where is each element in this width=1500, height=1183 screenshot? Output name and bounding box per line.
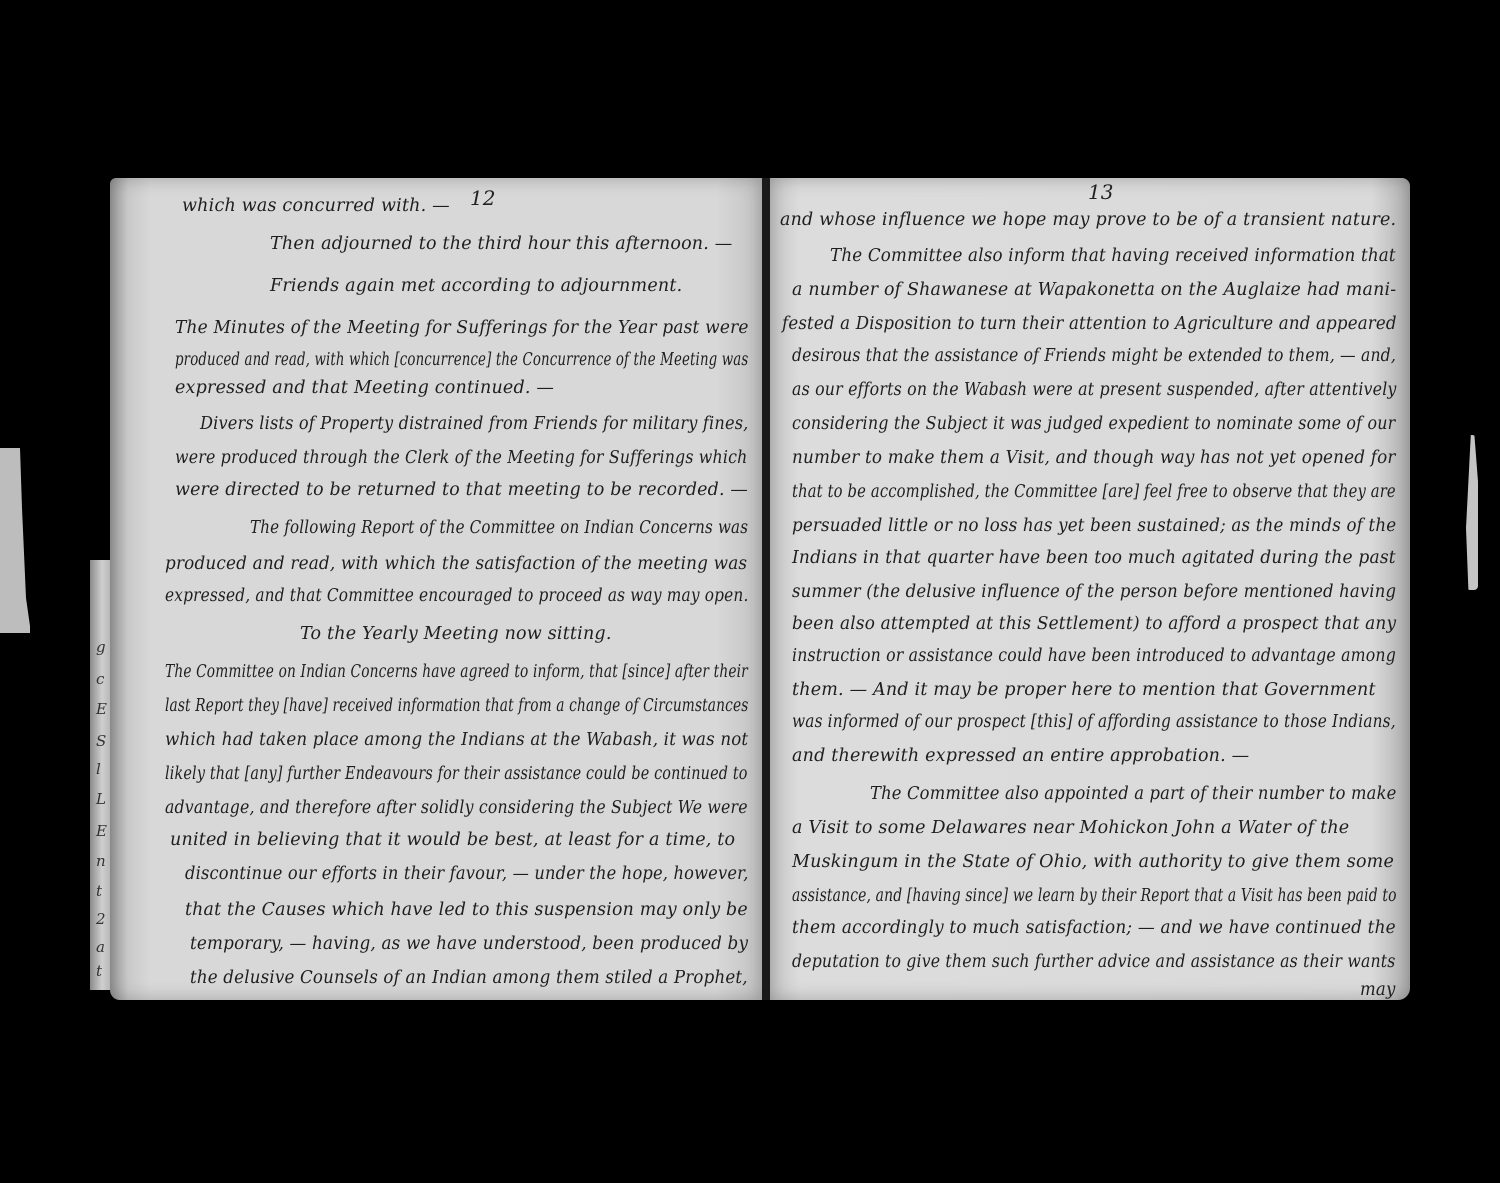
text-line: instruction or assistance could have bee… bbox=[792, 646, 1396, 666]
text-line: summer (the delusive influence of the pe… bbox=[792, 582, 1396, 602]
text-line: been also attempted at this Settlement) … bbox=[792, 614, 1396, 634]
page-number: 12 bbox=[470, 186, 495, 210]
right-page: 13 and whose influence we hope may prove… bbox=[770, 178, 1410, 1000]
paper-tab-right bbox=[1466, 435, 1478, 590]
text-line: that the Causes which have led to this s… bbox=[185, 900, 748, 920]
text-line: The Committee on Indian Concerns have ag… bbox=[165, 662, 748, 682]
text-line: and therewith expressed an entire approb… bbox=[792, 746, 1249, 766]
text-line: Divers lists of Property distrained from… bbox=[200, 414, 749, 434]
left-page: 12 which was concurred with. — Then adjo… bbox=[110, 178, 762, 1000]
margin-fragment: S bbox=[96, 732, 106, 750]
text-line: Indians in that quarter have been too mu… bbox=[792, 548, 1396, 568]
paper-scrap-left bbox=[0, 448, 30, 633]
text-line: that to be accomplished, the Committee [… bbox=[792, 482, 1396, 502]
text-line: advantage, and therefore after solidly c… bbox=[165, 798, 748, 818]
margin-fragment: a bbox=[96, 938, 105, 956]
text-line: deputation to give them such further adv… bbox=[792, 952, 1396, 972]
margin-fragment: t bbox=[96, 882, 102, 900]
text-line: them. — And it may be proper here to men… bbox=[792, 680, 1376, 700]
text-line: Muskingum in the State of Ohio, with aut… bbox=[792, 852, 1394, 872]
text-line: expressed, and that Committee encouraged… bbox=[165, 586, 749, 606]
text-line: The following Report of the Committee on… bbox=[250, 518, 748, 538]
text-line: The Minutes of the Meeting for Suffering… bbox=[175, 318, 749, 338]
text-line: united in believing that it would be bes… bbox=[170, 830, 735, 850]
text-line: a Visit to some Delawares near Mohickon … bbox=[792, 818, 1349, 838]
text-line: discontinue our efforts in their favour,… bbox=[185, 864, 749, 884]
text-line: fested a Disposition to turn their atten… bbox=[782, 314, 1397, 334]
open-book: 12 which was concurred with. — Then adjo… bbox=[110, 178, 1410, 1000]
text-line: assistance, and [having since] we learn … bbox=[792, 886, 1397, 906]
text-line: temporary, — having, as we have understo… bbox=[190, 934, 748, 954]
text-line: produced and read, with which the satisf… bbox=[165, 554, 747, 574]
text-line: The Committee also inform that having re… bbox=[830, 246, 1396, 266]
text-line: and whose influence we hope may prove to… bbox=[780, 210, 1396, 230]
margin-fragment: t bbox=[96, 962, 102, 980]
text-line: desirous that the assistance of Friends … bbox=[792, 346, 1396, 366]
margin-fragment: L bbox=[96, 790, 106, 808]
text-line: them accordingly to much satisfaction; —… bbox=[792, 918, 1396, 938]
margin-fragment: 2 bbox=[96, 910, 106, 928]
margin-fragment: E bbox=[96, 700, 107, 718]
text-line: as our efforts on the Wabash were at pre… bbox=[792, 380, 1397, 400]
text-line: were produced through the Clerk of the M… bbox=[175, 448, 747, 468]
text-line: was informed of our prospect [this] of a… bbox=[792, 712, 1396, 732]
text-line: considering the Subject it was judged ex… bbox=[792, 414, 1395, 434]
margin-fragment: E bbox=[96, 822, 107, 840]
text-line: a number of Shawanese at Wapakonetta on … bbox=[792, 280, 1396, 300]
text-line: the delusive Counsels of an Indian among… bbox=[190, 968, 748, 988]
text-line: may bbox=[1360, 980, 1396, 1000]
text-line: which had taken place among the Indians … bbox=[165, 730, 748, 750]
book-gutter bbox=[762, 178, 770, 1000]
text-line: expressed and that Meeting continued. — bbox=[175, 378, 554, 398]
text-line: Friends again met according to adjournme… bbox=[270, 276, 682, 296]
text-line: which was concurred with. — bbox=[182, 196, 450, 216]
text-line: To the Yearly Meeting now sitting. bbox=[300, 624, 612, 644]
text-line: persuaded little or no loss has yet been… bbox=[792, 516, 1396, 536]
margin-fragment: g bbox=[96, 638, 106, 656]
page-number: 13 bbox=[1088, 180, 1113, 204]
text-line: number to make them a Visit, and though … bbox=[792, 448, 1396, 468]
text-line: Then adjourned to the third hour this af… bbox=[270, 234, 733, 254]
text-line: last Report they [have] received informa… bbox=[165, 696, 748, 716]
margin-fragment: c bbox=[96, 670, 104, 688]
margin-fragment: n bbox=[96, 852, 106, 870]
text-line: produced and read, with which [concurren… bbox=[175, 350, 748, 370]
text-line: The Committee also appointed a part of t… bbox=[870, 784, 1397, 804]
text-line: were directed to be returned to that mee… bbox=[175, 480, 748, 500]
text-line: likely that [any] further Endeavours for… bbox=[165, 764, 748, 784]
margin-fragment: l bbox=[96, 760, 101, 778]
